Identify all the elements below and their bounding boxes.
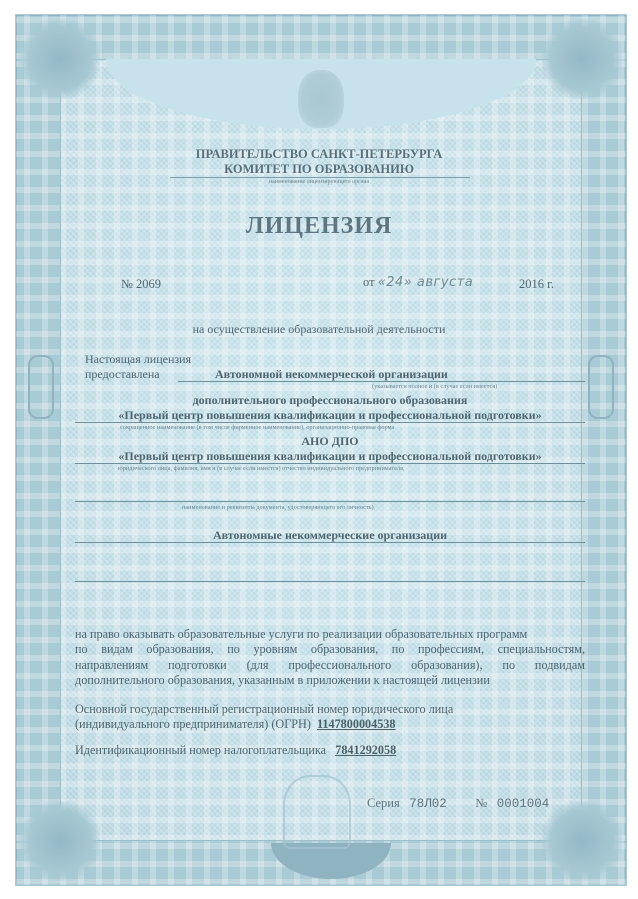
granted-label: Настоящая лицензия предоставлена (85, 352, 191, 382)
date-prefix: от (363, 275, 375, 289)
coat-of-arms-icon (298, 70, 344, 128)
crown-watermark-icon (283, 775, 351, 849)
rights-line1: на право оказывать образовательные услуг… (75, 627, 585, 642)
rights-line3: направлениям подготовки (для профессиона… (75, 658, 585, 673)
corner-ornament-icon (20, 801, 100, 881)
underline (75, 542, 585, 543)
rights-line4: дополнительного образования, указанным в… (75, 673, 585, 688)
underline (75, 463, 585, 464)
handwritten-date: «24» августа (378, 275, 474, 290)
caption-legal-entity: юридического лица, фамилия, имя и (в слу… (118, 465, 405, 472)
corner-ornament-icon (542, 801, 622, 881)
series-number-label: № (475, 796, 487, 810)
org-name-line2: дополнительного профессионального образо… (70, 393, 590, 408)
series-number: 0001004 (497, 797, 550, 811)
inn-label: Идентификационный номер налогоплательщик… (75, 743, 326, 757)
document-title: ЛИЦЕНЗИЯ (0, 213, 638, 240)
underline (75, 422, 585, 423)
underline (75, 581, 585, 582)
corner-ornament-icon (20, 19, 100, 99)
rights-paragraph: на право оказывать образовательные услуг… (75, 627, 585, 688)
inn-value: 7841292058 (335, 743, 396, 757)
knot-ornament-icon (588, 355, 614, 419)
license-year: 2016 г. (519, 277, 554, 292)
issuer-line2: КОМИТЕТ ПО ОБРАЗОВАНИЮ (0, 162, 638, 177)
issuer-block: ПРАВИТЕЛЬСТВО САНКТ-ПЕТЕРБУРГА КОМИТЕТ П… (0, 147, 638, 177)
license-number: № 2069 (121, 277, 161, 292)
ogrn-block: Основной государственный регистрационный… (75, 702, 453, 733)
corner-ornament-icon (542, 19, 622, 99)
series-label: Серия (367, 796, 400, 810)
caption-short-name: сокращенное наименование (в том числе фи… (120, 424, 394, 431)
caption-identity-document: наименование и реквизиты документа, удос… (182, 504, 374, 511)
inn-block: Идентификационный номер налогоплательщик… (75, 743, 396, 758)
short-name-line2: «Первый центр повышения квалификации и п… (70, 449, 590, 464)
granted-label-line1: Настоящая лицензия (85, 352, 191, 367)
issuer-caption: наименование лицензирующего органа (0, 179, 638, 185)
knot-ornament-icon (28, 355, 54, 419)
issuer-line1: ПРАВИТЕЛЬСТВО САНКТ-ПЕТЕРБУРГА (0, 147, 638, 162)
granted-label-line2: предоставлена (85, 367, 191, 382)
series-block: Серия 78Л02 № 0001004 (367, 796, 549, 811)
underline (178, 381, 585, 382)
activity-type: на осуществление образовательной деятель… (0, 322, 638, 337)
caption-full-name: (указывается полное и (в случае если име… (372, 383, 497, 390)
short-name-line1: АНО ДПО (70, 434, 590, 449)
legal-form: Автономные некоммерческие организации (70, 528, 590, 543)
underline (75, 501, 585, 502)
ogrn-label-line2: (индивидуального предпринимателя) (ОГРН) (75, 717, 311, 731)
issuer-underline (170, 177, 470, 178)
series-value: 78Л02 (409, 797, 447, 811)
ogrn-label-line1: Основной государственный регистрационный… (75, 702, 453, 717)
org-name-line1: Автономной некоммерческой организации (215, 367, 448, 382)
license-date: от «24» августа (363, 275, 473, 290)
org-name-line3: «Первый центр повышения квалификации и п… (70, 408, 590, 423)
ogrn-value: 1147800004538 (317, 717, 396, 731)
rights-line2: по видам образования, по уровням образов… (75, 642, 585, 657)
